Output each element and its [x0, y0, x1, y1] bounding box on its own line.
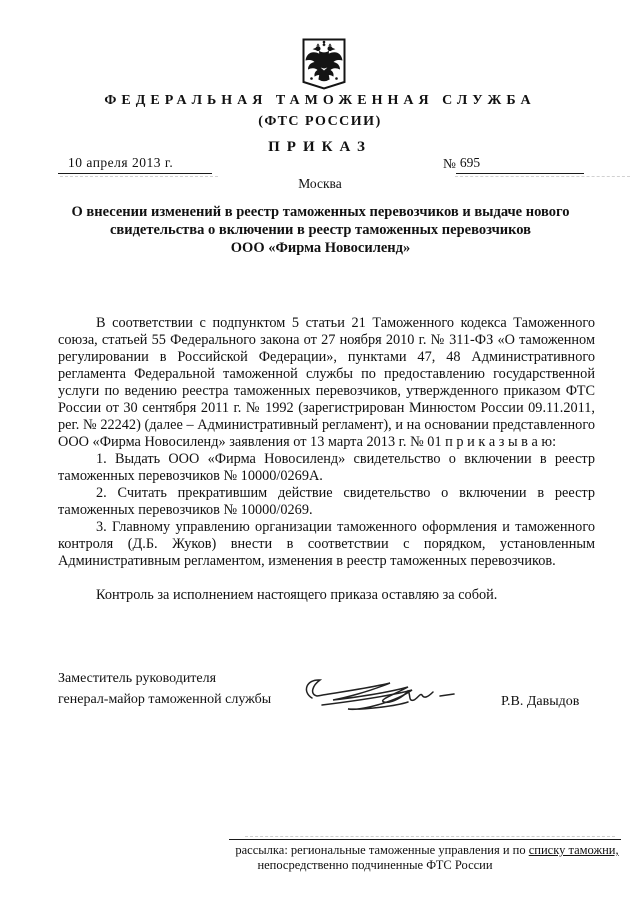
body-paragraph-item-3: 3. Главному управлению организации тамож… [58, 519, 595, 570]
body-paragraph-item-1: 1. Выдать ООО «Фирма Новосиленд» свидете… [58, 451, 595, 485]
org-short-name: (ФТС РОССИИ) [0, 114, 640, 130]
number-value: 695 [456, 155, 584, 174]
handwritten-signature [296, 668, 488, 732]
signer-name: Р.В. Давыдов [501, 694, 579, 710]
signer-position: Заместитель руководителя генерал-майор т… [58, 668, 271, 710]
number-sign: № [443, 156, 456, 174]
signer-position-line: Заместитель руководителя [58, 668, 271, 689]
doc-subject-line: О внесении изменений в реестр таможенных… [52, 203, 589, 221]
coat-of-arms-eagle-icon [302, 38, 346, 90]
distribution-note-underlined: списку таможни, [529, 843, 619, 857]
distribution-note-text: рассылка: региональные таможенные управл… [235, 843, 528, 857]
body-paragraph-item-2: 2. Считать прекратившим действие свидете… [58, 485, 595, 519]
city-label: Москва [0, 176, 640, 192]
doc-subject-line: свидетельства о включении в реестр тамож… [52, 221, 589, 239]
body-paragraph-preamble: В соответствии с подпунктом 5 статьи 21 … [58, 315, 595, 451]
document-page: ФЕДЕРАЛЬНАЯ ТАМОЖЕННАЯ СЛУЖБА (ФТС РОССИ… [0, 0, 640, 900]
distribution-note-2: непосредственно подчиненные ФТС России [173, 858, 577, 873]
doc-number: № 695 [443, 155, 584, 174]
distribution-note: рассылка: региональные таможенные управл… [225, 843, 629, 858]
doc-date: 10 апреля 2013 г. [58, 155, 212, 174]
doc-date-text: 10 апреля 2013 г. [68, 155, 173, 170]
scan-artifact-line [245, 836, 615, 837]
doc-subject: О внесении изменений в реестр таможенных… [52, 203, 589, 257]
doc-subject-line: ООО «Фирма Новосиленд» [52, 239, 589, 257]
doc-type-heading: ПРИКАЗ [0, 139, 640, 156]
doc-body: В соответствии с подпунктом 5 статьи 21 … [58, 315, 595, 604]
signer-position-line: генерал-майор таможенной службы [58, 689, 271, 710]
org-name: ФЕДЕРАЛЬНАЯ ТАМОЖЕННАЯ СЛУЖБА [0, 93, 640, 109]
footer-divider [229, 839, 621, 840]
body-paragraph-control: Контроль за исполнением настоящего прика… [58, 587, 595, 604]
